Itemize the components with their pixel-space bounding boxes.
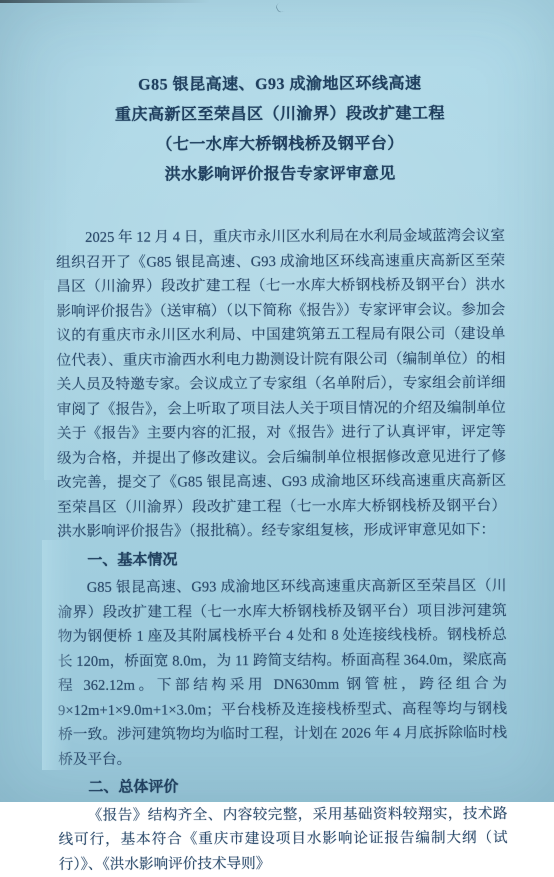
document-page: G85 银昆高速、G93 成渝地区环线高速 重庆高新区至荣昌区（川渝界）段改扩建… — [0, 0, 554, 802]
title-line-2: 重庆高新区至荣昌区（川渝界）段改扩建工程 — [55, 99, 504, 131]
document-content: G85 银昆高速、G93 成渝地区环线高速 重庆高新区至荣昌区（川渝界）段改扩建… — [55, 69, 508, 802]
document-body: 2025 年 12 月 4 日，重庆市永川区水利局在水利局金域蓝湾会议室组织召开… — [56, 224, 508, 802]
paragraph-project-details: G85 银昆高速、G93 成渝地区环线高速重庆高新区至荣昌区（川渝界）段改扩建工… — [57, 574, 507, 772]
scratch-mark-artifact — [275, 0, 293, 14]
photo-top-edge-artifact — [0, 0, 210, 3]
heading-basic-situation: 一、基本情况 — [57, 547, 506, 573]
title-line-3: （七一水库大桥钢栈桥及钢平台） — [56, 129, 505, 161]
title-line-1: G85 银昆高速、G93 成渝地区环线高速 — [55, 69, 504, 101]
document-title: G85 银昆高速、G93 成渝地区环线高速 重庆高新区至荣昌区（川渝界）段改扩建… — [55, 69, 505, 191]
heading-overall-evaluation: 二、总体评价 — [58, 774, 507, 800]
title-line-4: 洪水影响评价报告专家评审意见 — [56, 159, 505, 191]
paragraph-meeting-overview: 2025 年 12 月 4 日，重庆市永川区水利局在水利局金域蓝湾会议室组织召开… — [56, 224, 506, 544]
